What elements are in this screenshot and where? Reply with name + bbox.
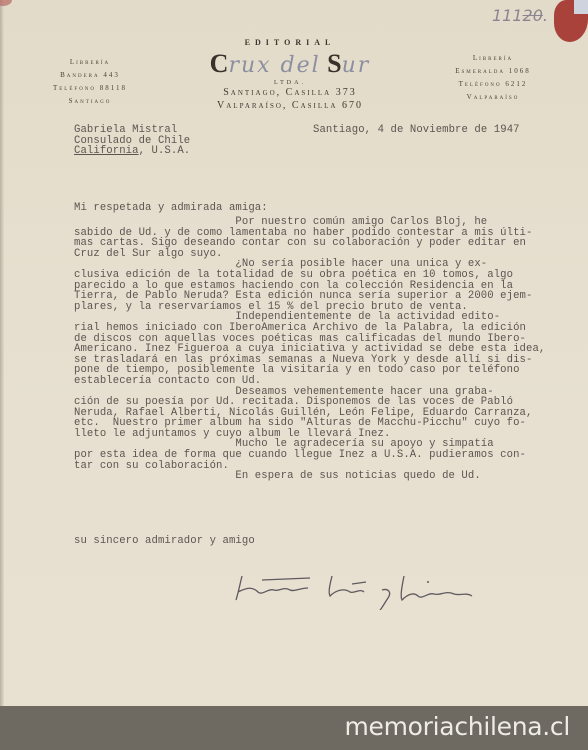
archive-number-struck: 20 — [523, 6, 543, 25]
bookstore-city: Valparaíso — [438, 91, 548, 104]
letter-page: 11120. Librería Bandera 443 Teléfono 881… — [0, 0, 588, 706]
body-line: En espera de sus noticias quedo de Ud. — [74, 471, 545, 482]
logo-letter-s: S — [327, 49, 341, 78]
letterhead-center: EDITORIAL Crux del Sur LTDA. Santiago, C… — [190, 38, 390, 112]
page-edge-shadow — [0, 0, 4, 706]
bookstore-address: Esmeralda 1068 — [438, 65, 548, 78]
body-line: Por nuestro común amigo Carlos Bloj, he — [74, 217, 545, 228]
recipient-block: Gabriela MistralConsulado de ChileCalifo… — [74, 125, 190, 157]
body-line: establecería contacto con Ud. — [74, 376, 545, 387]
archive-number-main: 111 — [492, 6, 523, 25]
bookstore-label: Librería — [40, 56, 140, 69]
bookstore-address: Bandera 443 — [40, 69, 140, 82]
letterhead-left-bookstore: Librería Bandera 443 Teléfono 88118 Sant… — [40, 56, 140, 108]
recipient-city: California — [74, 145, 139, 157]
address-valparaiso: Valparaíso, Casilla 670 — [190, 99, 390, 112]
address-santiago: Santiago, Casilla 373 — [190, 86, 390, 99]
archive-number-suffix: . — [543, 6, 548, 25]
body-line: rial hemos iniciado con IberoAmerica Arc… — [74, 323, 545, 334]
bookstore-label: Librería — [438, 52, 548, 65]
salutation: Mi respetada y admirada amiga: — [74, 203, 268, 214]
corner-stain — [0, 0, 12, 6]
body-line: clusiva edición de la totalidad de su ob… — [74, 270, 545, 281]
letter-body: Por nuestro común amigo Carlos Bloj, hes… — [74, 217, 545, 482]
logo-script-rux-del: rux del — [228, 53, 320, 78]
publisher-logo: Crux del Sur — [190, 49, 390, 81]
letter-date: Santiago, 4 de Noviembre de 1947 — [313, 125, 520, 136]
signature-icon — [232, 570, 492, 610]
bookstore-city: Santiago — [40, 95, 140, 108]
logo-script-ur: ur — [342, 53, 371, 78]
corner-tear — [574, 0, 588, 14]
editorial-label: EDITORIAL — [190, 38, 390, 47]
bookstore-phone: Teléfono 6212 — [438, 78, 548, 91]
logo-letter-c: C — [210, 49, 229, 78]
bookstore-phone: Teléfono 88118 — [40, 82, 140, 95]
letterhead-right-bookstore: Librería Esmeralda 1068 Teléfono 6212 Va… — [438, 52, 548, 104]
recipient-name: Gabriela Mistral — [74, 125, 190, 136]
closing-line: su sincero admirador y amigo — [74, 536, 255, 547]
recipient-country: , U.S.A. — [139, 145, 191, 157]
watermark-footer: memoriachilena.cl — [0, 706, 588, 750]
memoriachilena-logo: memoriachilena.cl — [345, 712, 571, 741]
archive-number: 11120. — [492, 6, 548, 25]
